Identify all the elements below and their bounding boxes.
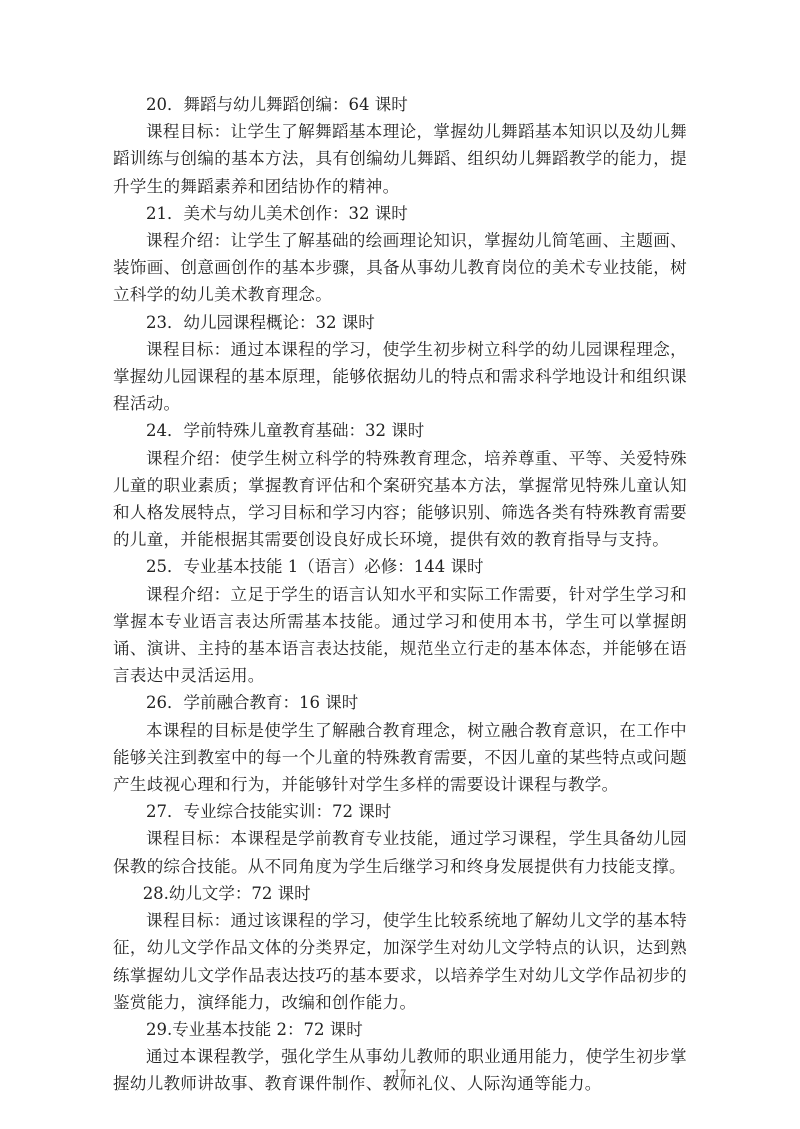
course-description: 课程目标：本课程是学前教育专业技能，通过学习课程，学生具备幼儿园保教的综合技能。… (113, 825, 687, 879)
document-page: 20．舞蹈与幼儿舞蹈创编：64 课时 课程目标：让学生了解舞蹈基本理论，掌握幼儿… (113, 91, 687, 1098)
page-number: 17 (0, 1066, 800, 1081)
course-description: 课程目标：通过该课程的学习，使学生比较系统地了解幼儿文学的基本特征，幼儿文学作品… (113, 907, 687, 1016)
course-section-27: 27．专业综合技能实训：72 课时 课程目标：本课程是学前教育专业技能，通过学习… (113, 798, 687, 880)
course-heading: 28.幼儿文学：72 课时 (113, 880, 687, 907)
course-section-26: 26．学前融合教育：16 课时 本课程的目标是使学生了解融合教育理念，树立融合教… (113, 689, 687, 798)
course-section-23: 23．幼儿园课程概论：32 课时 课程目标：通过本课程的学习，使学生初步树立科学… (113, 309, 687, 418)
course-description: 课程介绍：立足于学生的语言认知水平和实际工作需要，针对学生学习和掌握本专业语言表… (113, 581, 687, 690)
course-description: 本课程的目标是使学生了解融合教育理念，树立融合教育意识，在工作中能够关注到教室中… (113, 717, 687, 799)
course-heading: 29.专业基本技能 2：72 课时 (113, 1016, 687, 1043)
course-description: 课程介绍：使学生树立科学的特殊教育理念，培养尊重、平等、关爱特殊儿童的职业素质；… (113, 445, 687, 554)
course-heading: 24．学前特殊儿童教育基础：32 课时 (113, 417, 687, 444)
course-description: 课程目标：通过本课程的学习，使学生初步树立科学的幼儿园课程理念，掌握幼儿园课程的… (113, 336, 687, 418)
course-heading: 23．幼儿园课程概论：32 课时 (113, 309, 687, 336)
course-heading: 25．专业基本技能 1（语言）必修：144 课时 (113, 553, 687, 580)
course-description: 课程介绍：让学生了解基础的绘画理论知识，掌握幼儿简笔画、主题画、装饰画、创意画创… (113, 227, 687, 309)
course-section-21: 21．美术与幼儿美术创作：32 课时 课程介绍：让学生了解基础的绘画理论知识，掌… (113, 200, 687, 309)
course-heading: 26．学前融合教育：16 课时 (113, 689, 687, 716)
course-section-28: 28.幼儿文学：72 课时 课程目标：通过该课程的学习，使学生比较系统地了解幼儿… (113, 880, 687, 1016)
course-heading: 20．舞蹈与幼儿舞蹈创编：64 课时 (113, 91, 687, 118)
course-section-29: 29.专业基本技能 2：72 课时 通过本课程教学，强化学生从事幼儿教师的职业通… (113, 1016, 687, 1098)
course-heading: 21．美术与幼儿美术创作：32 课时 (113, 200, 687, 227)
course-section-24: 24．学前特殊儿童教育基础：32 课时 课程介绍：使学生树立科学的特殊教育理念，… (113, 417, 687, 553)
course-heading: 27．专业综合技能实训：72 课时 (113, 798, 687, 825)
course-description: 课程目标：让学生了解舞蹈基本理论，掌握幼儿舞蹈基本知识以及幼儿舞蹈训练与创编的基… (113, 118, 687, 200)
course-section-25: 25．专业基本技能 1（语言）必修：144 课时 课程介绍：立足于学生的语言认知… (113, 553, 687, 689)
course-section-20: 20．舞蹈与幼儿舞蹈创编：64 课时 课程目标：让学生了解舞蹈基本理论，掌握幼儿… (113, 91, 687, 200)
